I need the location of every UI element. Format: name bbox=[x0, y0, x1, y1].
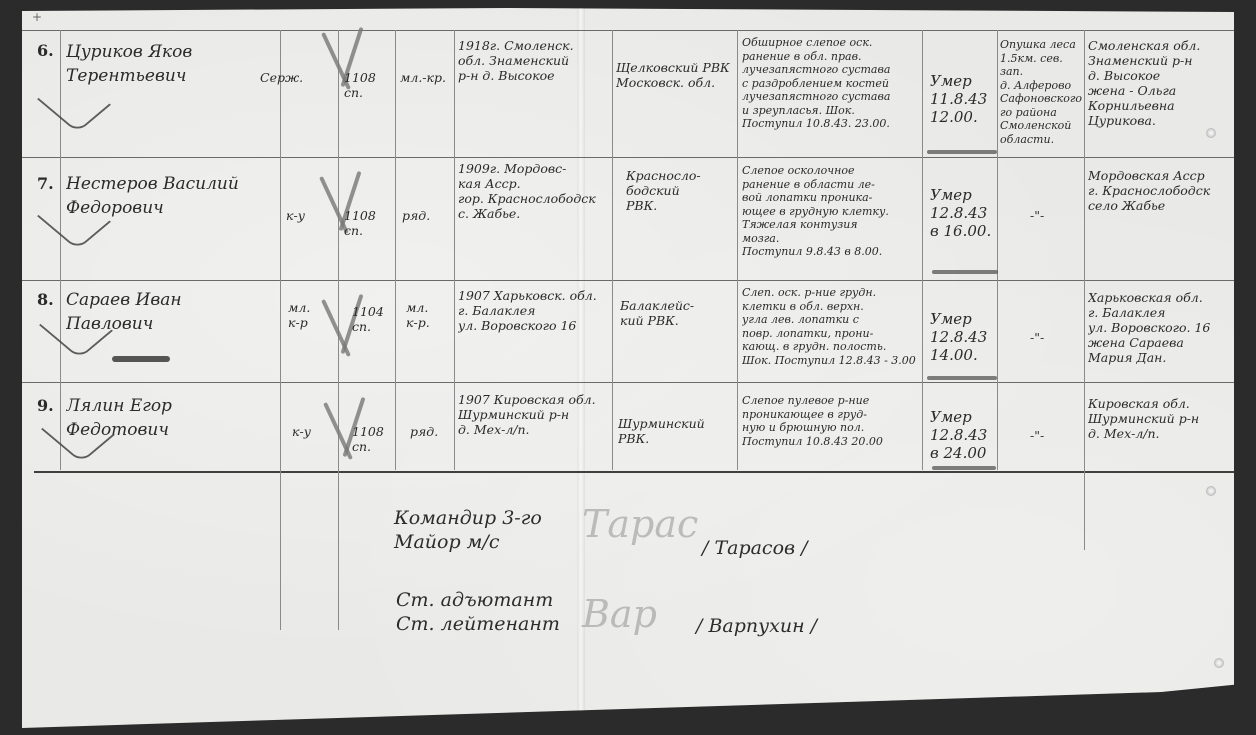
next-of-kin: Смоленская обл. Знаменский р-н д. Высоко… bbox=[1088, 38, 1228, 128]
draft-office: Шурминский РВК. bbox=[618, 416, 736, 446]
row-number: 7. bbox=[37, 176, 54, 191]
table-top-border bbox=[22, 30, 1234, 31]
wound-description: Слеп. оск. р-ние грудн. клетки в обл. ве… bbox=[742, 286, 922, 367]
burial-place: -"- bbox=[1030, 330, 1070, 345]
col-divider bbox=[612, 30, 613, 470]
document-sheet: + 6. Цуриков Яков Терентьевич Серж. 1108… bbox=[22, 8, 1234, 728]
position: ряд. bbox=[410, 424, 452, 439]
wound-description: Слепое пулевое р-ние проникающее в груд-… bbox=[742, 394, 922, 448]
commander-signature: Тарас bbox=[582, 502, 698, 546]
table-bottom-border bbox=[34, 471, 1234, 473]
row-divider bbox=[22, 280, 1234, 281]
outcome: Умер 11.8.43 12.00. bbox=[930, 72, 996, 126]
birth-info: 1907 Харьковск. обл. г. Балаклея ул. Вор… bbox=[458, 288, 610, 333]
unit: 1108 сп. bbox=[344, 208, 394, 238]
next-of-kin: Кировская обл. Шурминский р-н д. Мех-л/п… bbox=[1088, 396, 1228, 441]
col-divider bbox=[922, 30, 923, 470]
adjutant-title: Ст. адъютант Ст. лейтенант bbox=[396, 588, 560, 636]
unit: 1108 сп. bbox=[352, 424, 396, 454]
punch-hole bbox=[1214, 658, 1224, 668]
unit: 1104 сп. bbox=[352, 304, 396, 334]
outcome: Умер 12.8.43 в 24.00 bbox=[930, 408, 996, 462]
pencil-underline bbox=[927, 376, 997, 380]
birth-info: 1907 Кировская обл. Шурминский р-н д. Ме… bbox=[458, 392, 610, 437]
col-divider bbox=[395, 30, 396, 470]
row-number: 8. bbox=[37, 292, 54, 307]
commander-title: Командир 3-го Майор м/с bbox=[394, 506, 542, 554]
position: ряд. bbox=[402, 208, 452, 223]
row-divider bbox=[22, 382, 1234, 383]
row-divider bbox=[22, 157, 1234, 158]
rank: мл. к-р bbox=[288, 300, 310, 330]
burial-place: -"- bbox=[1030, 428, 1070, 443]
next-of-kin: Мордовская Асср г. Краснослободск село Ж… bbox=[1088, 168, 1228, 213]
col-divider bbox=[997, 30, 998, 470]
punch-hole bbox=[1206, 486, 1216, 496]
rank: к-у bbox=[292, 424, 311, 439]
pencil-underline bbox=[932, 270, 998, 274]
draft-office: Краснослo- бодский РВК. bbox=[626, 168, 736, 213]
corner-mark: + bbox=[32, 10, 42, 24]
outcome: Умер 12.8.43 в 16.00. bbox=[930, 186, 996, 240]
row-number: 6. bbox=[37, 43, 54, 58]
wound-description: Обширное слепое оск. ранение в обл. прав… bbox=[742, 36, 922, 131]
row-number: 9. bbox=[37, 398, 54, 413]
birth-info: 1909г. Мордовс- кая Асср. гор. Красносло… bbox=[458, 161, 610, 221]
col-divider bbox=[454, 30, 455, 470]
rank: Серж. bbox=[260, 70, 303, 85]
draft-office: Щелковский РВК Московск. обл. bbox=[616, 60, 736, 90]
draft-office: Балаклейс- кий РВК. bbox=[620, 298, 735, 328]
wound-description: Слепое осколочное ранение в области ле- … bbox=[742, 164, 922, 259]
rank: к-у bbox=[286, 208, 305, 223]
col-divider bbox=[737, 30, 738, 470]
adjutant-name: / Варпухин / bbox=[696, 614, 817, 638]
outcome: Умер 12.8.43 14.00. bbox=[930, 310, 996, 364]
unit: 1108 сп. bbox=[344, 70, 394, 100]
next-of-kin: Харьковская обл. г. Балаклея ул. Воровск… bbox=[1088, 290, 1228, 365]
birth-info: 1918г. Смоленск. обл. Знаменский р-н д. … bbox=[458, 38, 610, 83]
burial-place: Опушка леса 1.5км. сев. зап. д. Алферово… bbox=[1000, 38, 1084, 146]
position: мл. к-р. bbox=[406, 300, 452, 330]
adjutant-signature: Вар bbox=[582, 592, 657, 636]
commander-name: / Тарасов / bbox=[702, 536, 808, 560]
pencil-underline bbox=[927, 150, 997, 154]
pencil-underline bbox=[932, 466, 996, 470]
soldier-name: Цуриков Яков Терентьевич bbox=[66, 40, 281, 88]
position: мл.-кр. bbox=[400, 70, 452, 85]
punch-hole bbox=[1206, 128, 1216, 138]
burial-place: -"- bbox=[1030, 208, 1070, 223]
ink-smudge bbox=[112, 356, 170, 362]
col-divider bbox=[1084, 30, 1085, 550]
